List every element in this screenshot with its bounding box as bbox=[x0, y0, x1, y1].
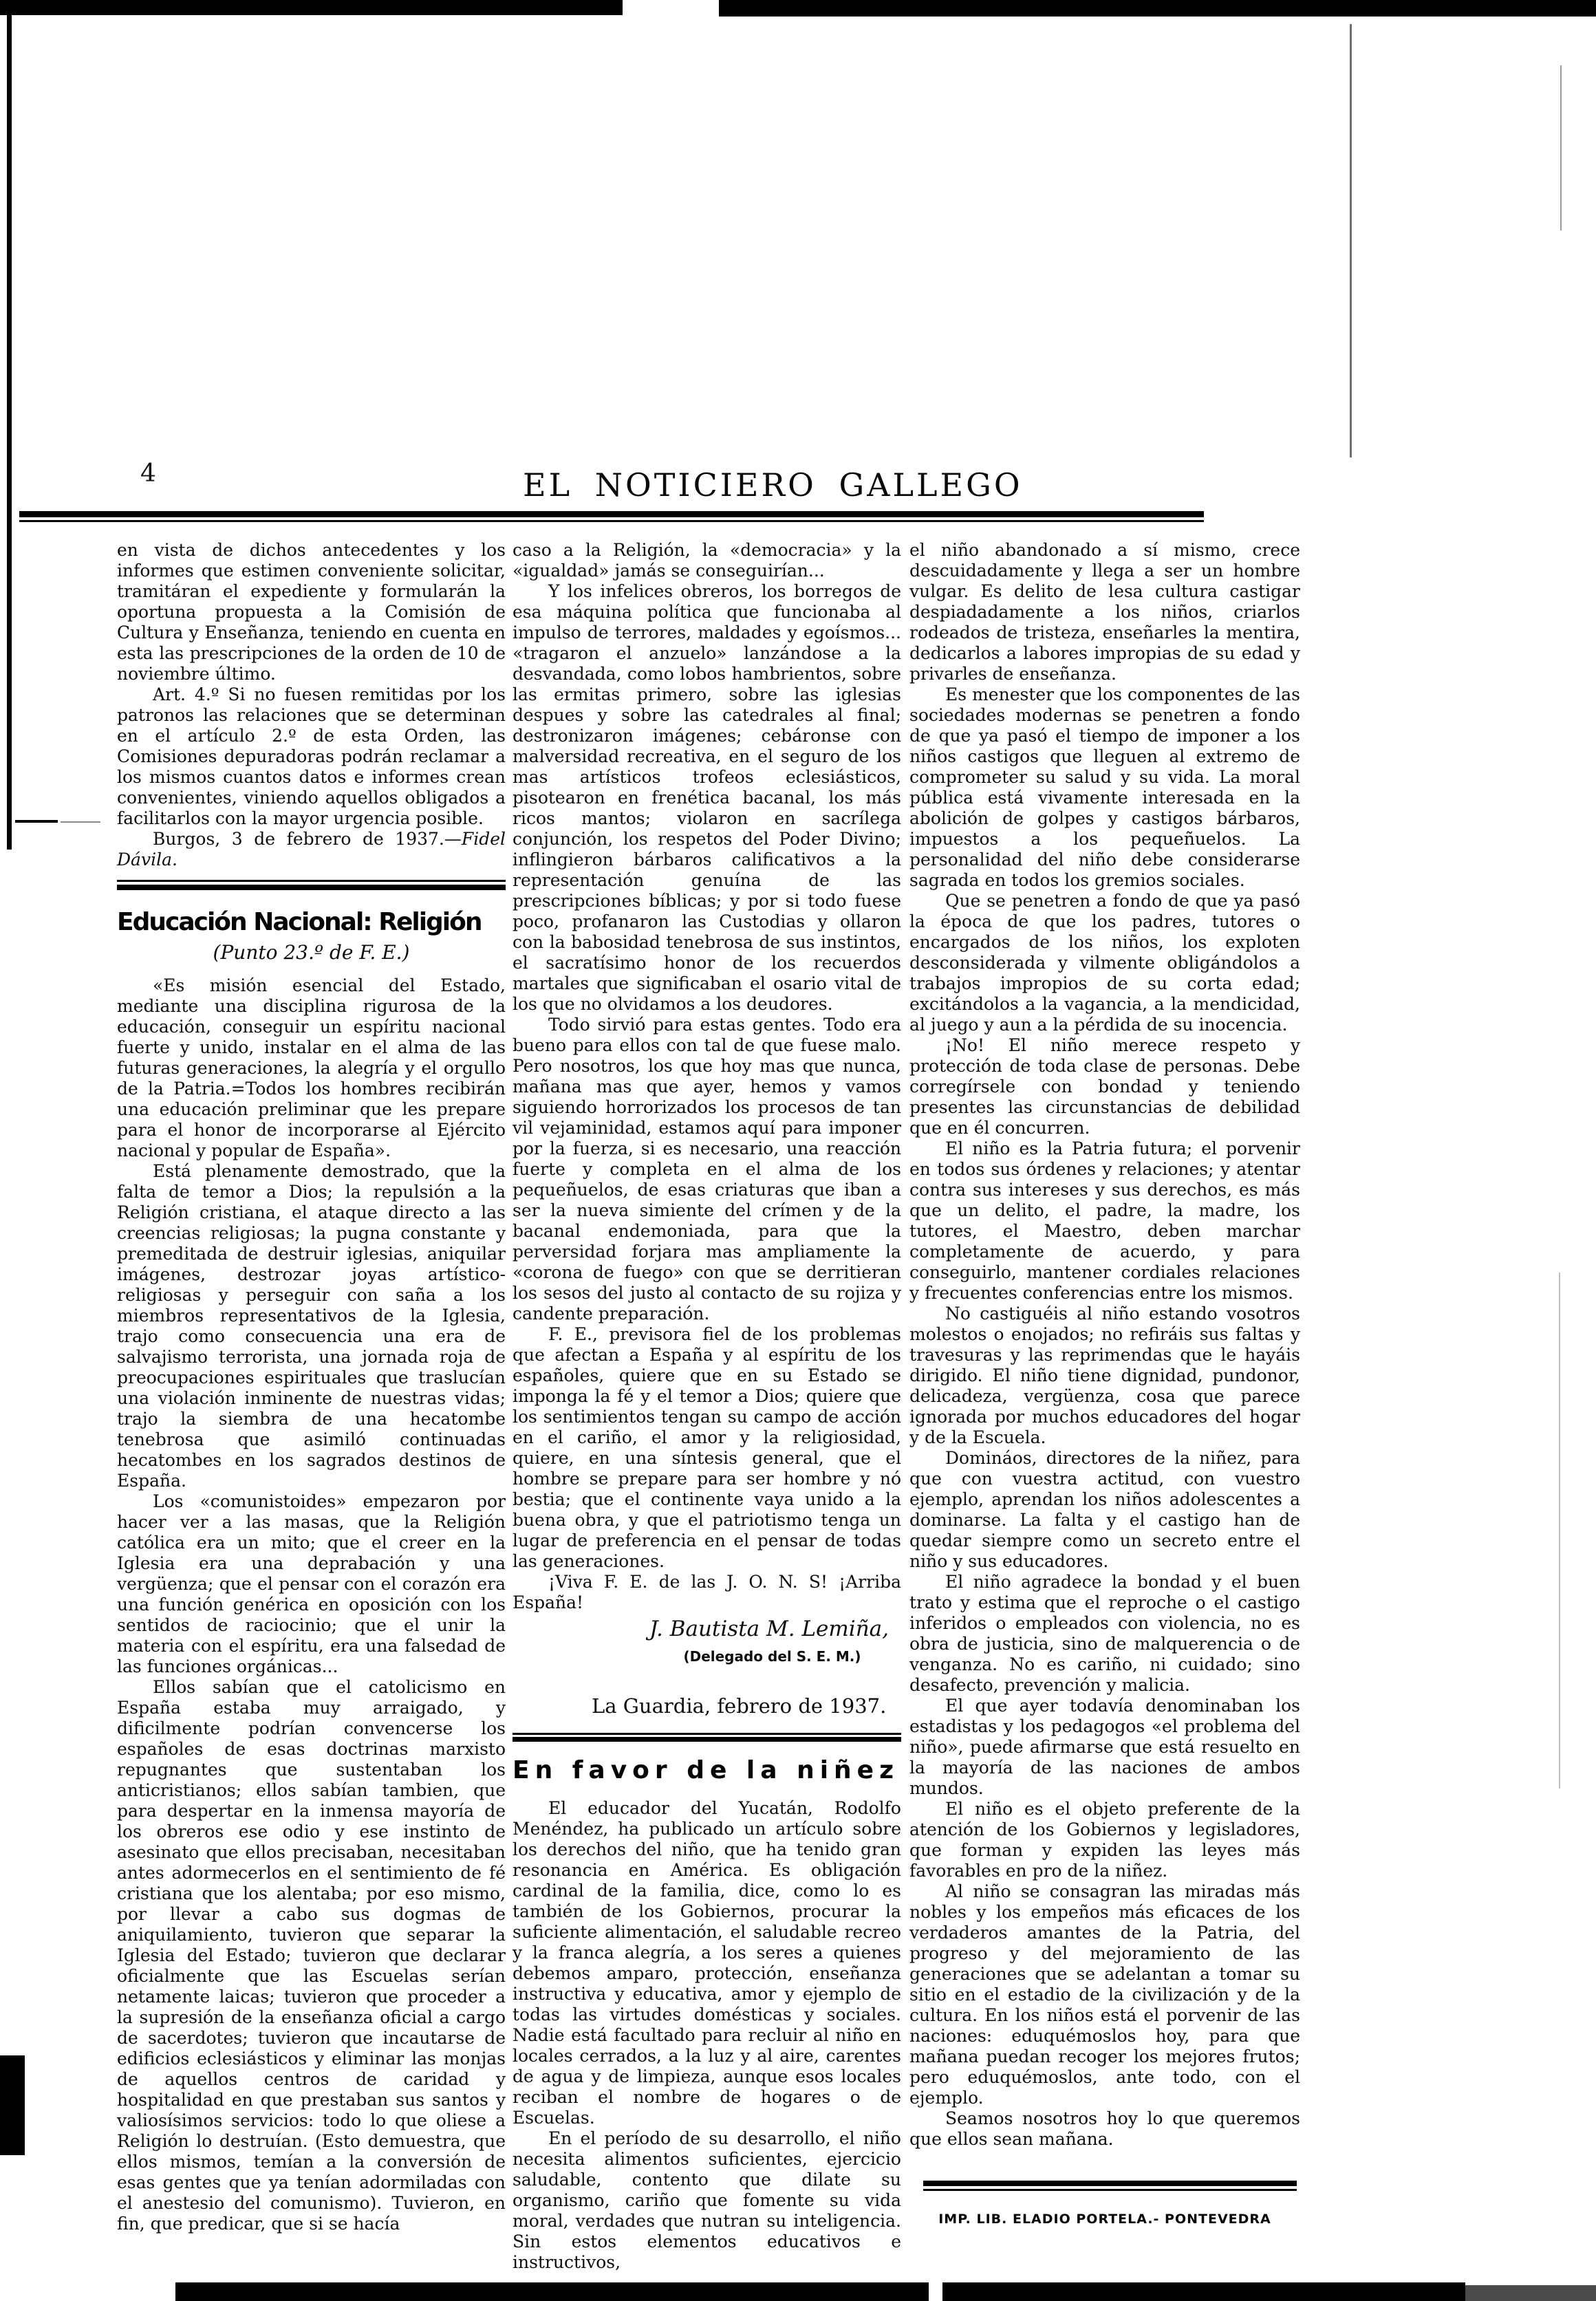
article-separator-rule bbox=[117, 880, 506, 890]
religion-article-dateline: La Guardia, febrero de 1937. bbox=[513, 1696, 901, 1716]
ninez-article-top-rule bbox=[513, 1733, 901, 1742]
paragraph: Está plenamente demostrado, que la falta… bbox=[117, 1161, 506, 1491]
newspaper-page: 4 EL NOTICIERO GALLEGO en vista de dicho… bbox=[0, 0, 1596, 2301]
header-rule-thin bbox=[19, 520, 1204, 522]
header-rule bbox=[19, 511, 1204, 522]
scan-artifact-left-margin-dots bbox=[61, 821, 100, 823]
paragraph: Art. 4.º Si no fuesen remitidas por los … bbox=[117, 684, 506, 829]
paragraph: ¡No! El niño merece respeto y protección… bbox=[909, 1035, 1300, 1138]
paragraph: Todo sirvió para estas gentes. Todo era … bbox=[513, 1015, 901, 1324]
scan-artifact-left-bottom-blob bbox=[0, 2055, 25, 2155]
paragraph: El niño es la Patria futura; el porvenir… bbox=[909, 1138, 1300, 1304]
religion-article-continuation: caso a la Religión, la «democracia» y la… bbox=[513, 540, 901, 1716]
paragraph: Al niño se consagran las miradas más nob… bbox=[909, 1881, 1300, 2108]
order-article-dateline: Burgos, 3 de febrero de 1937.—Fidel Dávi… bbox=[117, 829, 506, 870]
scan-artifact-bottom-band-corner bbox=[1465, 2285, 1596, 2301]
paragraph: ¡Viva F. E. de las J. O. N. S! ¡Arriba E… bbox=[513, 1572, 901, 1613]
masthead-title: EL NOTICIERO GALLEGO bbox=[523, 466, 1004, 504]
ninez-article-headline: En favor de la niñez bbox=[513, 1756, 901, 1786]
imprint-rule bbox=[923, 2181, 1297, 2191]
printer-imprint: IMP. LIB. ELADIO PORTELA.- PONTEVEDRA bbox=[909, 2209, 1300, 2229]
column-right: el niño abandonado a sí mismo, crece des… bbox=[909, 540, 1300, 2229]
scan-artifact-top-bar-left bbox=[0, 0, 623, 15]
religion-article-headline: Educación Nacional: Religión bbox=[117, 907, 506, 938]
author-signature: J. Bautista M. Lemiña, bbox=[513, 1619, 901, 1639]
paragraph: Y los infelices obreros, los borregos de… bbox=[513, 581, 901, 1015]
scan-artifact-left-margin-dash bbox=[15, 820, 58, 823]
paragraph: en vista de dichos antecedentes y los in… bbox=[117, 540, 506, 684]
dateline-text: Burgos, 3 de febrero de 1937.— bbox=[153, 829, 462, 849]
scan-artifact-top-bar-right bbox=[719, 0, 1596, 17]
paragraph: Que se penetren a fondo de que ya pasó l… bbox=[909, 891, 1300, 1035]
ninez-continuation-paragraphs: el niño abandonado a sí mismo, crece des… bbox=[909, 540, 1300, 2150]
scan-artifact-right-edge-line-upper bbox=[1560, 65, 1562, 230]
religion-article: Educación Nacional: Religión (Punto 23.º… bbox=[117, 907, 506, 2234]
imprint-rule-thick bbox=[923, 2181, 1297, 2186]
paragraph: El niño es el objeto preferente de la at… bbox=[909, 1799, 1300, 1881]
paragraph: Los «comunistoides» empezaron por hacer … bbox=[117, 1491, 506, 1677]
ninez-rule-thick bbox=[513, 1737, 901, 1742]
author-role: (Delegado del S. E. M.) bbox=[513, 1646, 901, 1667]
paragraph: En el período de su desarrollo, el niño … bbox=[513, 2128, 901, 2273]
scan-artifact-right-fold-line bbox=[1350, 24, 1352, 457]
header-rule-thick bbox=[19, 511, 1204, 517]
religion-continuation-paragraphs: caso a la Religión, la «democracia» y la… bbox=[513, 540, 901, 1613]
column-left: en vista de dichos antecedentes y los in… bbox=[117, 540, 506, 2234]
paragraph: F. E., previsora fiel de los problemas q… bbox=[513, 1324, 901, 1572]
imprint-rule-thin bbox=[923, 2189, 1297, 2191]
paragraph: el niño abandonado a sí mismo, crece des… bbox=[909, 540, 1300, 684]
scan-artifact-right-edge-line-lower bbox=[1559, 1273, 1560, 1789]
paragraph: caso a la Religión, la «democracia» y la… bbox=[513, 540, 901, 581]
scan-artifact-bottom-band-right bbox=[942, 2282, 1465, 2301]
paragraph: No castiguéis al niño estando vosotros m… bbox=[909, 1304, 1300, 1448]
religion-article-subtitle: (Punto 23.º de F. E.) bbox=[117, 942, 506, 963]
paragraph: Seamos nosotros hoy lo que queremos que … bbox=[909, 2108, 1300, 2150]
page-number: 4 bbox=[140, 460, 156, 488]
ninez-article: En favor de la niñez El educador del Yuc… bbox=[513, 1756, 901, 2273]
column-middle: caso a la Religión, la «democracia» y la… bbox=[513, 540, 901, 2273]
scan-artifact-bottom-band-left bbox=[175, 2282, 929, 2301]
paragraph: Ellos sabían que el catolicismo en Españ… bbox=[117, 1677, 506, 2234]
order-article-continuation: en vista de dichos antecedentes y los in… bbox=[117, 540, 506, 870]
religion-article-paragraphs: «Es misión esencial del Estado, mediante… bbox=[117, 975, 506, 2234]
paragraph: Es menester que los componentes de las s… bbox=[909, 684, 1300, 891]
separator-rule-thick bbox=[117, 885, 506, 890]
paragraph: «Es misión esencial del Estado, mediante… bbox=[117, 975, 506, 1161]
order-article-paragraphs: en vista de dichos antecedentes y los in… bbox=[117, 540, 506, 829]
paragraph: El educador del Yucatán, Rodolfo Menénde… bbox=[513, 1798, 901, 2128]
ninez-article-continuation: el niño abandonado a sí mismo, crece des… bbox=[909, 540, 1300, 2150]
paragraph: El que ayer todavía denominaban los esta… bbox=[909, 1696, 1300, 1799]
paragraph: Domináos, directores de la niñez, para q… bbox=[909, 1448, 1300, 1572]
scan-artifact-left-edge-line bbox=[7, 0, 12, 850]
ninez-article-paragraphs: El educador del Yucatán, Rodolfo Menénde… bbox=[513, 1798, 901, 2273]
paragraph: El niño agradece la bondad y el buen tra… bbox=[909, 1572, 1300, 1696]
